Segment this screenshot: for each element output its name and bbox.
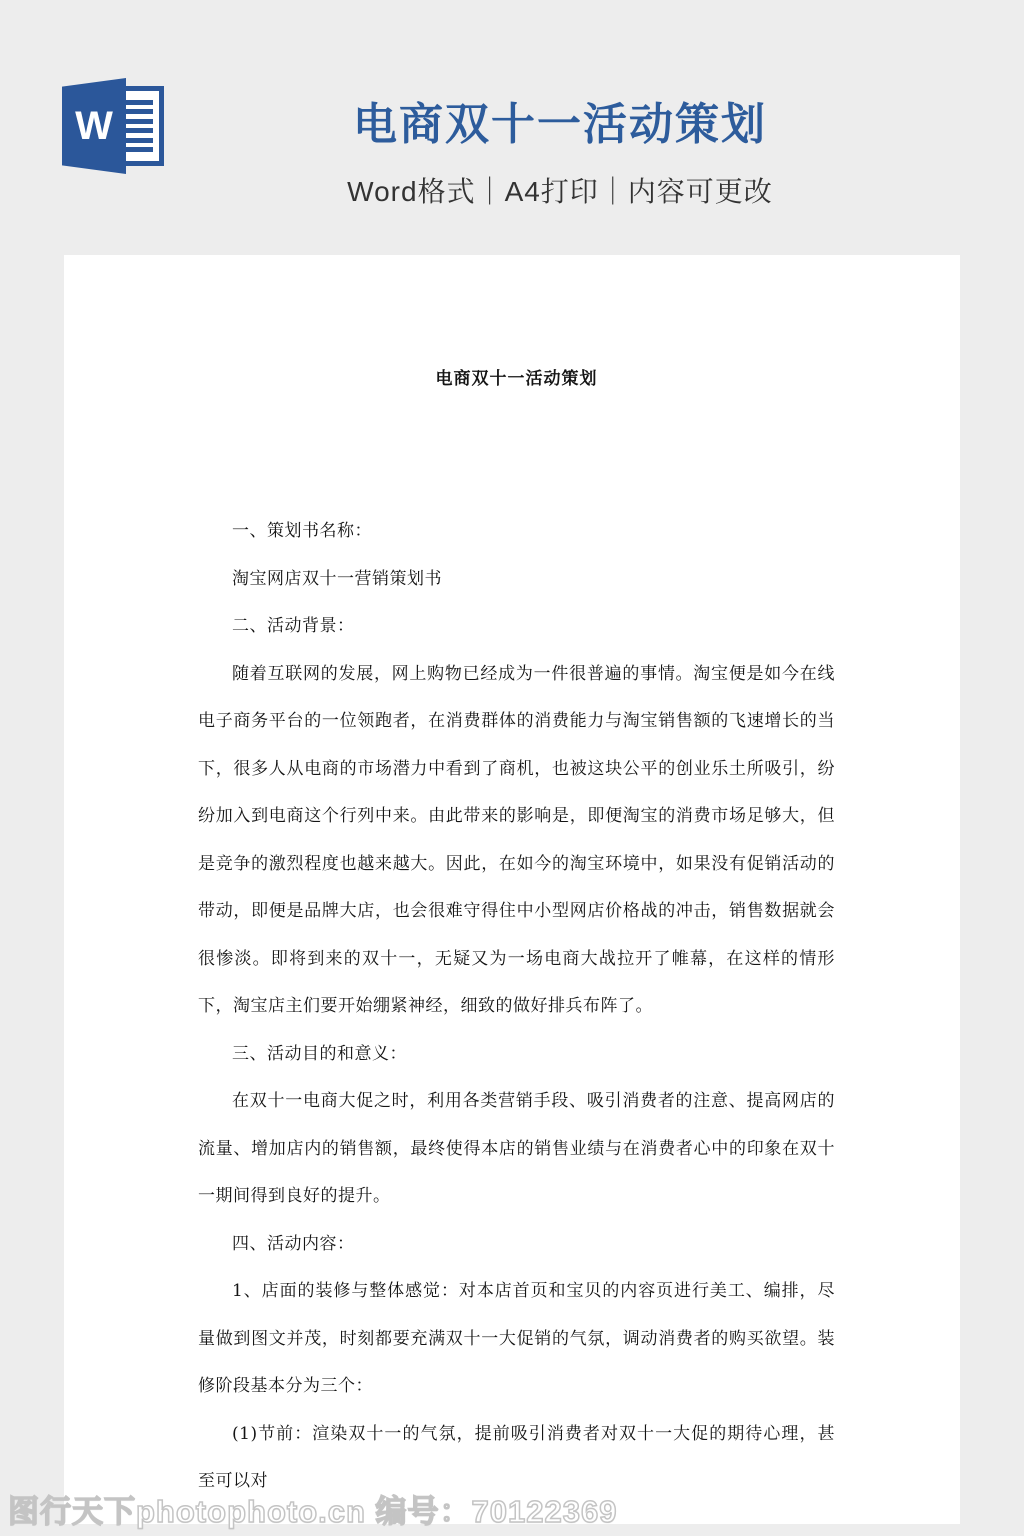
word-icon-w-panel: W [62,78,126,174]
template-subtitle: Word格式｜A4打印｜内容可更改 [190,170,930,210]
template-title: 电商双十一活动策划 [190,88,930,152]
document-paragraph: 三、活动目的和意义： [198,1031,835,1079]
document-paragraph: 在双十一电商大促之时，利用各类营销手段、吸引消费者的注意、提高网店的流量、增加店… [198,1078,835,1221]
document-page: 电商双十一活动策划 一、策划书名称：淘宝网店双十一营销策划书二、活动背景：随着互… [64,255,960,1524]
document-paragraph: 四、活动内容： [198,1221,835,1269]
document-title: 电商双十一活动策划 [198,365,835,393]
document-paragraph: 随着互联网的发展，网上购物已经成为一件很普遍的事情。淘宝便是如今在线电子商务平台… [198,651,835,1031]
document-paragraph: 二、活动背景： [198,603,835,651]
document-content: 电商双十一活动策划 一、策划书名称：淘宝网店双十一营销策划书二、活动背景：随着互… [64,255,960,1506]
document-paragraphs: 一、策划书名称：淘宝网店双十一营销策划书二、活动背景：随着互联网的发展，网上购物… [198,508,835,1506]
watermark-text: 图行天下photophoto.cn 编号：70122369 [8,1486,617,1531]
template-preview-page: { "header": { "title": "电商双十一活动策划", "sub… [0,0,1024,1536]
word-icon-letter: W [75,106,113,146]
word-file-icon: W [62,78,166,174]
document-paragraph: 淘宝网店双十一营销策划书 [198,556,835,604]
document-paragraph: 1、店面的装修与整体感觉：对本店首页和宝贝的内容页进行美工、编排，尽量做到图文并… [198,1268,835,1411]
header: W 电商双十一活动策划 Word格式｜A4打印｜内容可更改 [0,0,1024,255]
header-text: 电商双十一活动策划 Word格式｜A4打印｜内容可更改 [190,88,930,210]
document-paragraph: 一、策划书名称： [198,508,835,556]
